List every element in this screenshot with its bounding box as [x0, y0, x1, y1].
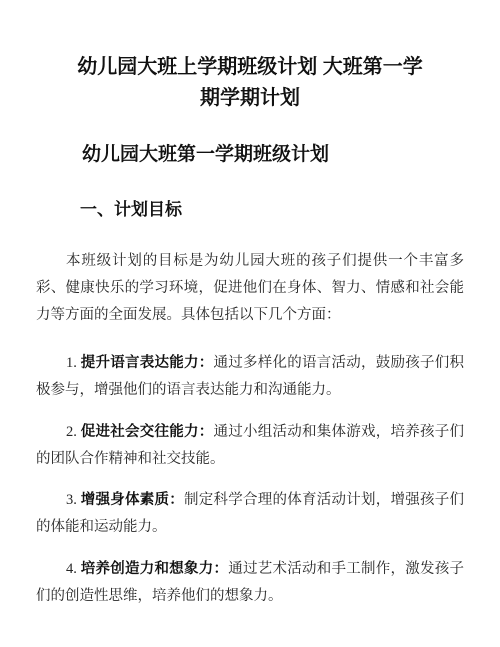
goal-item-4: 4. 培养创造力和想象力：通过艺术活动和手工制作，激发孩子们的创造性思维，培养他… — [36, 556, 464, 610]
goal-item-1: 1. 提升语言表达能力：通过多样化的语言活动，鼓励孩子们积极参与，增强他们的语言… — [36, 350, 464, 404]
goal-number: 2. — [66, 424, 77, 440]
goal-label: 培养创造力和想象力： — [81, 561, 229, 577]
goal-label: 增强身体素质： — [81, 492, 184, 508]
goal-item-2: 2. 促进社会交往能力：通过小组活动和集体游戏，培养孩子们的团队合作精神和社交技… — [36, 419, 464, 473]
document-page: 幼儿园大班上学期班级计划 大班第一学期学期计划 幼儿园大班第一学期班级计划 一、… — [0, 0, 500, 647]
goal-label: 促进社会交往能力： — [81, 424, 214, 440]
goal-item-3: 3. 增强身体素质：制定科学合理的体育活动计划，增强孩子们的体能和运动能力。 — [36, 487, 464, 541]
document-title: 幼儿园大班上学期班级计划 大班第一学期学期计划 — [70, 52, 430, 114]
intro-paragraph: 本班级计划的目标是为幼儿园大班的孩子们提供一个丰富多彩、健康快乐的学习环境，促进… — [36, 248, 464, 329]
goal-number: 3. — [66, 492, 77, 508]
document-subtitle: 幼儿园大班第一学期班级计划 — [82, 142, 464, 168]
goal-number: 1. — [66, 355, 77, 371]
goal-label: 提升语言表达能力： — [81, 355, 214, 371]
section-heading-plan-goals: 一、计划目标 — [80, 198, 464, 222]
goal-number: 4. — [66, 561, 77, 577]
goals-list: 1. 提升语言表达能力：通过多样化的语言活动，鼓励孩子们积极参与，增强他们的语言… — [36, 350, 464, 610]
